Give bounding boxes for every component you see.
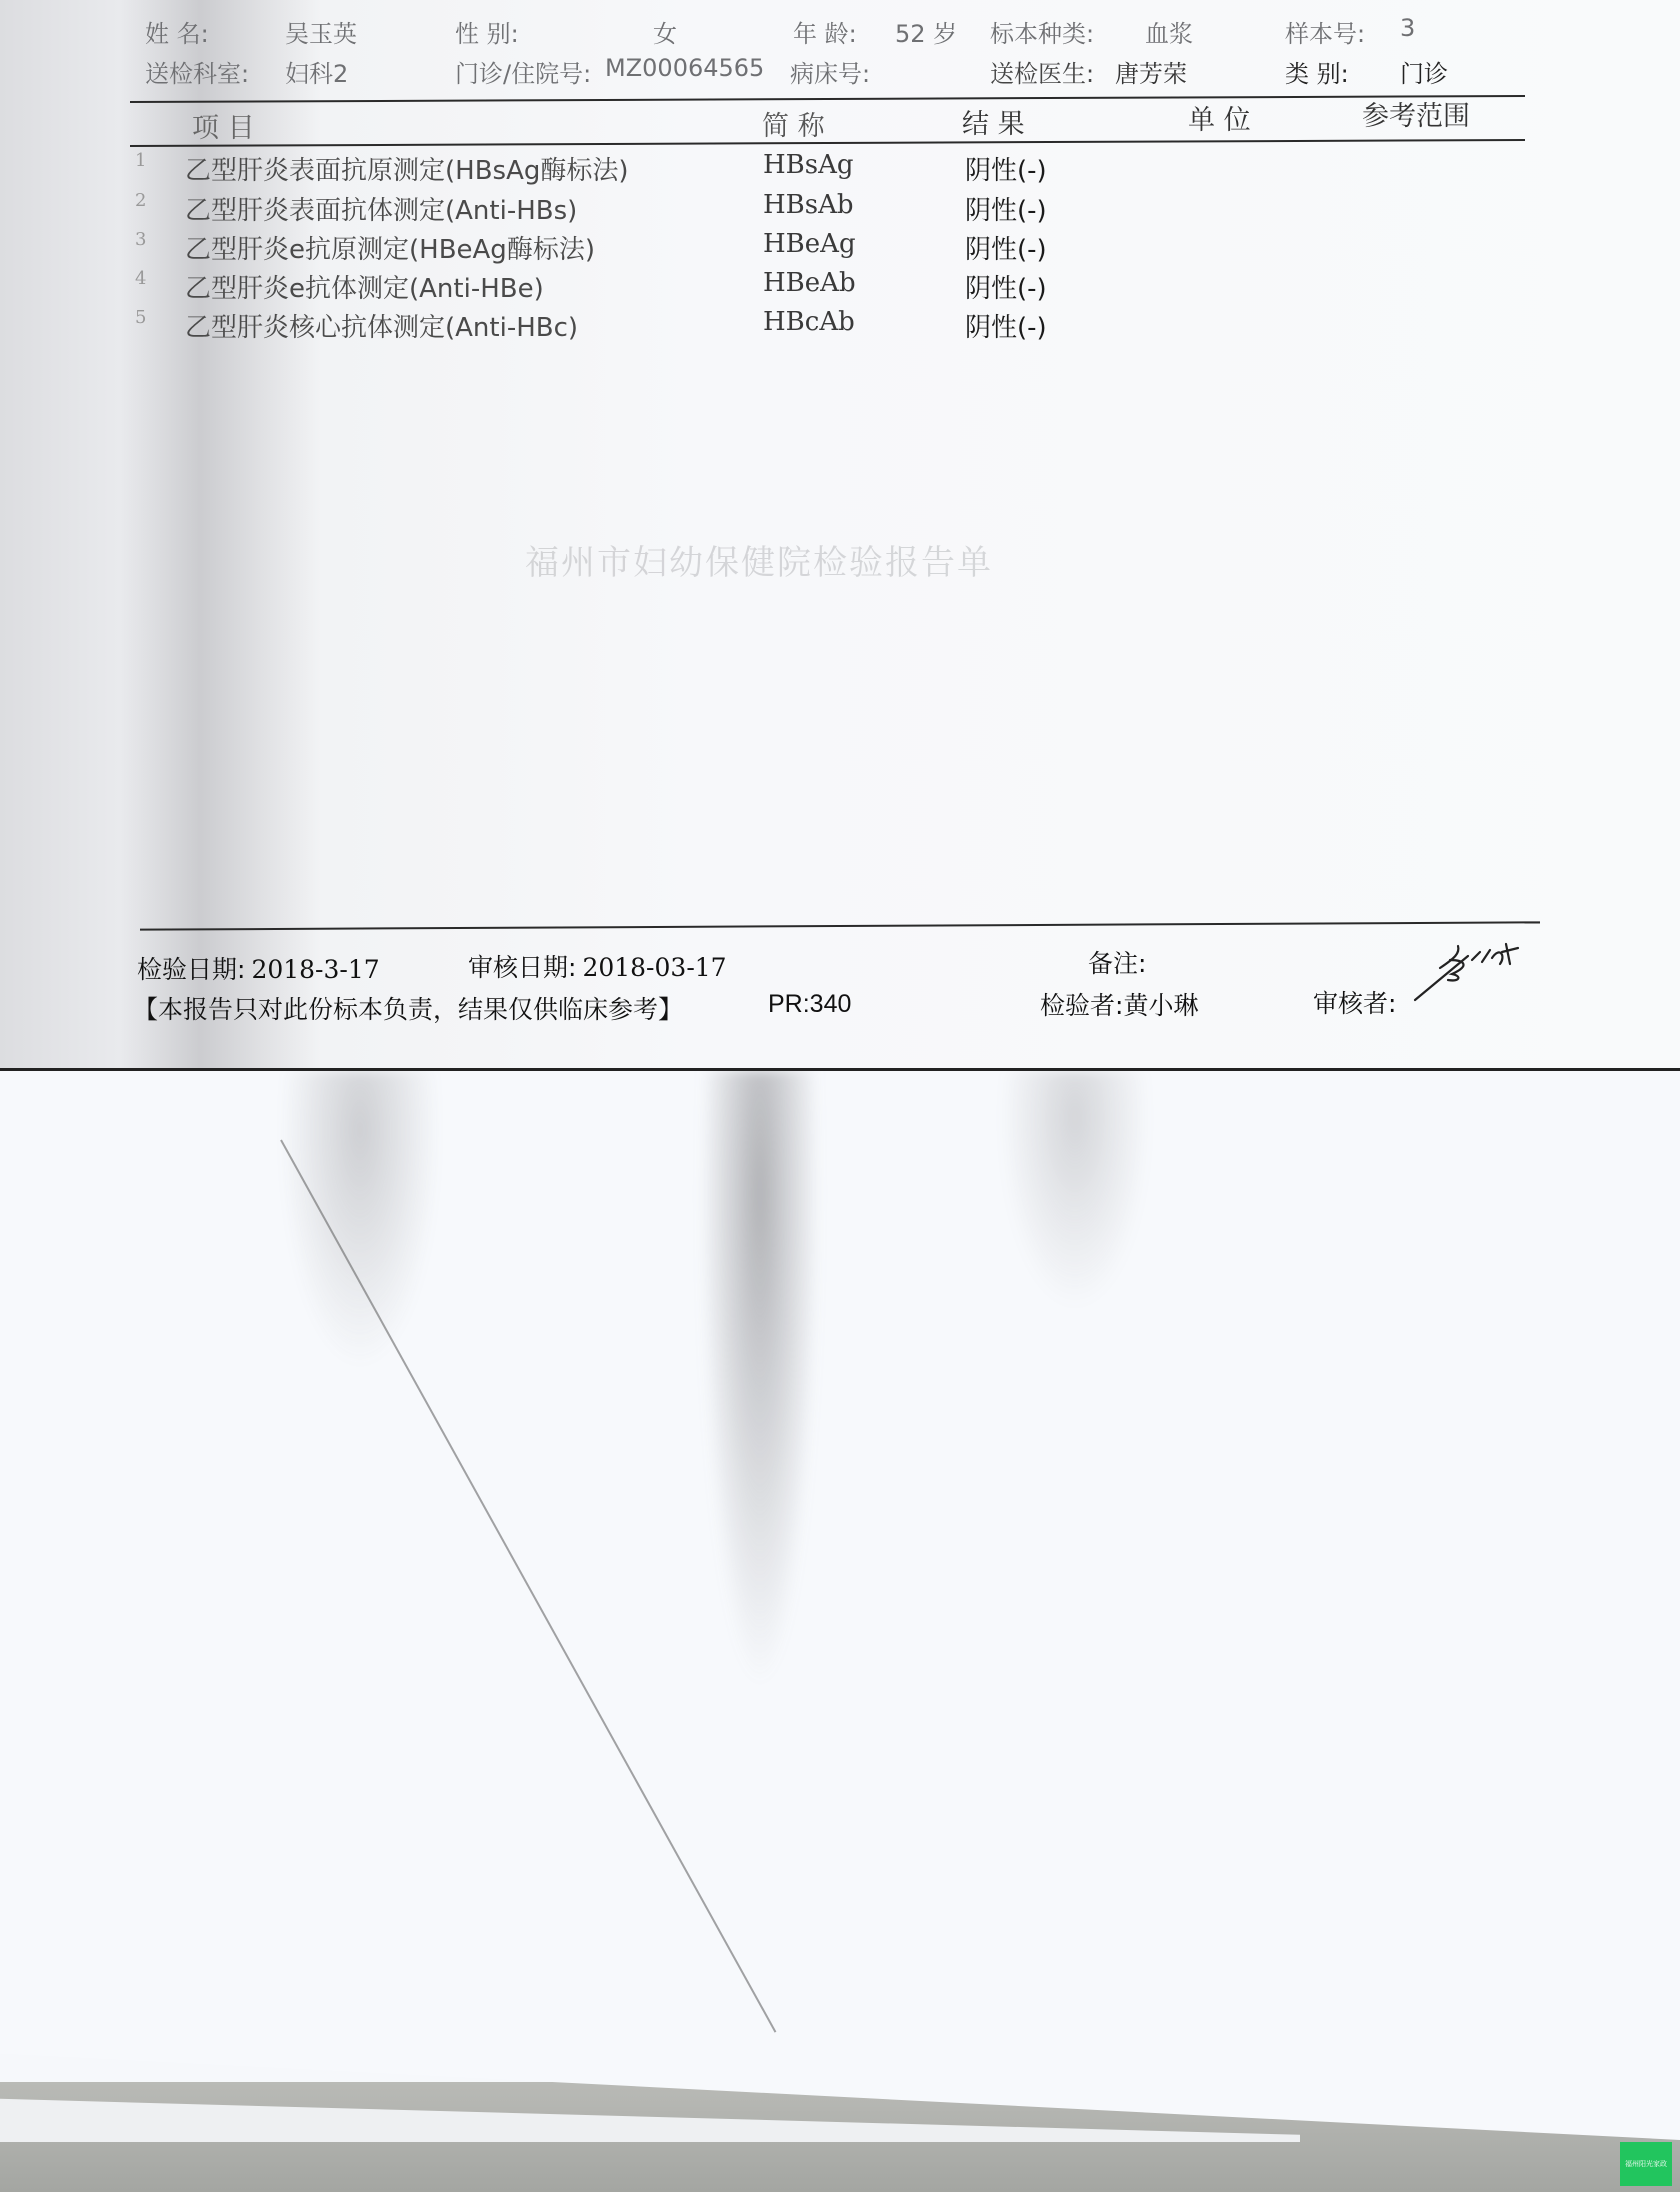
test-abbreviation: HBcAb [763, 307, 855, 337]
test-result: 阴性(-) [965, 229, 1047, 266]
test-name: 乙型肝炎e抗体测定(Anti-HBe) [185, 268, 544, 305]
outpatient-no: MZ00064565 [605, 54, 764, 82]
lab-report-sheet: 福州市妇幼保健院检验报告单 姓 名: 吴玉英 性 别: 女 年 龄: 52 岁 … [0, 0, 1680, 1071]
name-label: 姓 名: [145, 14, 209, 49]
test-result: 阴性(-) [965, 268, 1047, 305]
sample-no-label: 样本号: [1285, 14, 1365, 49]
bed-no-label: 病床号: [790, 54, 870, 89]
gender-label: 性 别: [455, 14, 519, 49]
reviewer-signature [1410, 938, 1560, 1008]
review-date-label: 审核日期: [468, 953, 576, 982]
department: 妇科2 [285, 54, 348, 89]
row-number: 1 [135, 150, 146, 171]
tester-name: 黄小琳 [1123, 991, 1198, 1020]
test-date-line: 检验日期:2018-3-17 [137, 950, 380, 986]
age-label: 年 龄: [793, 14, 857, 49]
test-name: 乙型肝炎核心抗体测定(Anti-HBc) [185, 307, 578, 344]
fold-shadow [700, 1070, 820, 1690]
footer-rule [140, 921, 1540, 930]
test-result: 阴性(-) [965, 307, 1047, 344]
patient-name: 吴玉英 [285, 14, 357, 49]
disclaimer: 【本报告只对此份标本负责，结果仅供临床参考】 [133, 990, 683, 1026]
test-abbreviation: HBsAg [763, 150, 854, 180]
row-number: 4 [135, 268, 146, 289]
column-header-reference: 参考范围 [1362, 94, 1470, 133]
review-date-line: 审核日期:2018-03-17 [468, 948, 727, 984]
doctor-label: 送检医生: [990, 54, 1094, 89]
tester-line: 检验者:黄小琳 [1040, 986, 1198, 1022]
column-header-item: 项 目 [192, 106, 255, 145]
row-number: 2 [135, 190, 146, 211]
test-date-label: 检验日期: [137, 955, 245, 984]
tester-label: 检验者: [1040, 991, 1123, 1020]
column-header-unit: 单 位 [1188, 98, 1251, 137]
column-header-result: 结 果 [962, 102, 1025, 141]
patient-age: 52 岁 [895, 14, 957, 49]
patient-gender: 女 [653, 14, 677, 49]
fold-shadow [280, 1070, 440, 1370]
watermark-badge: 福州阳光家政 [1620, 2142, 1672, 2186]
row-number: 3 [135, 229, 146, 250]
test-date: 2018-3-17 [251, 955, 379, 984]
review-date: 2018-03-17 [582, 953, 726, 982]
show-through-title: 福州市妇幼保健院检验报告单 [525, 535, 993, 584]
pr-number: PR:340 [768, 990, 851, 1019]
fold-shadow [1000, 1070, 1150, 1310]
test-abbreviation: HBeAb [763, 268, 856, 298]
test-result: 阴性(-) [965, 150, 1047, 187]
specimen-type: 血浆 [1145, 14, 1193, 49]
table-row: 2乙型肝炎表面抗体测定(Anti-HBs)HBsAb阴性(-) [135, 190, 1435, 226]
table-row: 3乙型肝炎e抗原测定(HBeAg酶标法)HBeAg阴性(-) [135, 229, 1435, 265]
header-bottom-rule [130, 139, 1525, 147]
row-number: 5 [135, 307, 146, 328]
folded-lower-sheet [0, 1060, 1680, 2140]
test-abbreviation: HBeAg [763, 229, 856, 259]
doctor-name: 唐芳荣 [1115, 54, 1187, 89]
test-name: 乙型肝炎e抗原测定(HBeAg酶标法) [185, 229, 595, 266]
header-top-rule [130, 95, 1525, 103]
outpatient-no-label: 门诊/住院号: [455, 54, 591, 89]
reviewer-label: 审核者: [1313, 984, 1396, 1020]
category-label: 类 别: [1285, 54, 1349, 89]
department-label: 送检科室: [145, 54, 249, 89]
sample-no: 3 [1400, 14, 1415, 42]
test-result: 阴性(-) [965, 190, 1047, 227]
remarks-label: 备注: [1088, 944, 1146, 980]
test-name: 乙型肝炎表面抗原测定(HBsAg酶标法) [185, 150, 629, 187]
table-row: 4乙型肝炎e抗体测定(Anti-HBe)HBeAb阴性(-) [135, 268, 1435, 304]
specimen-type-label: 标本种类: [990, 14, 1094, 49]
category: 门诊 [1400, 54, 1448, 89]
column-header-abbr: 简 称 [762, 104, 825, 143]
test-abbreviation: HBsAb [763, 190, 854, 220]
table-row: 1乙型肝炎表面抗原测定(HBsAg酶标法)HBsAg阴性(-) [135, 150, 1435, 186]
table-row: 5乙型肝炎核心抗体测定(Anti-HBc)HBcAb阴性(-) [135, 307, 1435, 343]
test-name: 乙型肝炎表面抗体测定(Anti-HBs) [185, 190, 577, 227]
